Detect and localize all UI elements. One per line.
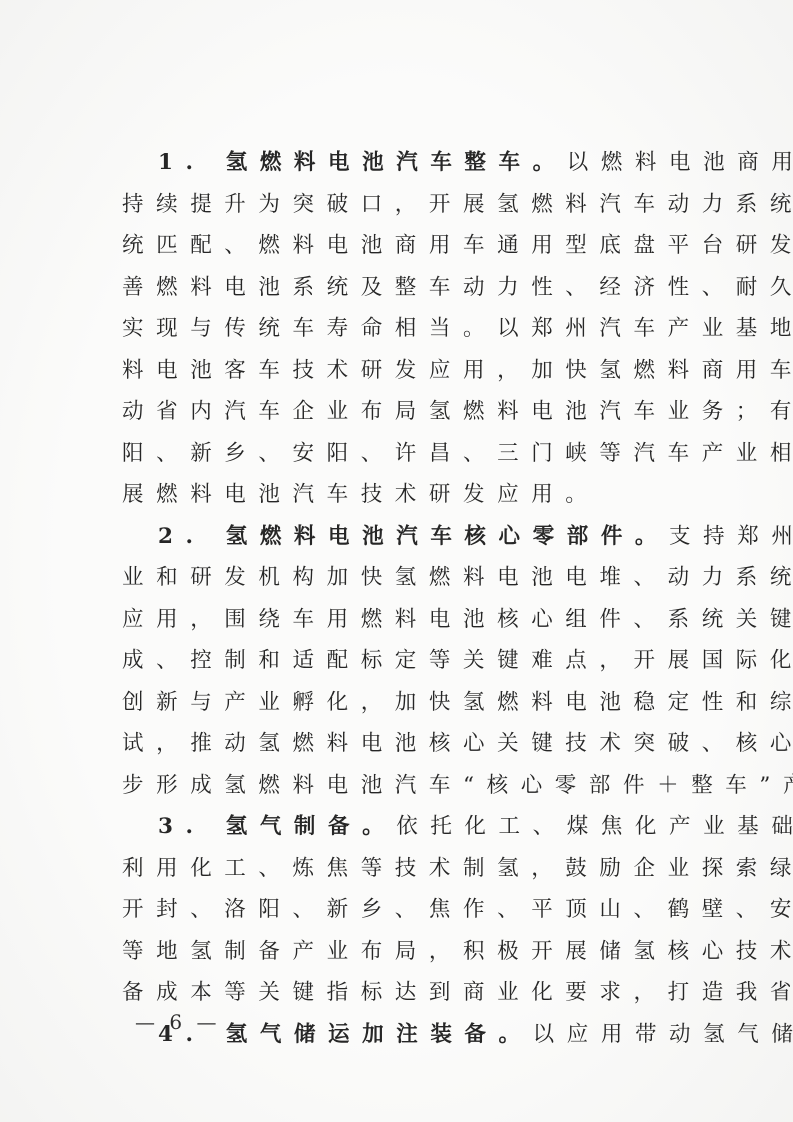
paragraph-1-line-3: 统匹配、燃料电池商用车通用型底盘平台研发与产业化，逐步改: [122, 225, 702, 267]
paragraph-1-line-1: 1. 氢燃料电池汽车整车。以燃料电池商用车动力系统性能: [122, 142, 702, 184]
document-body: 1. 氢燃料电池汽车整车。以燃料电池商用车动力系统性能 持续提升为突破口，开展氢…: [122, 142, 702, 1055]
paragraph-2-text: 支持郑州、新乡等重点企: [669, 524, 793, 549]
paragraph-2-heading: 2. 氢燃料电池汽车核心零部件。: [158, 524, 669, 549]
paragraph-2-line-6: 试，推动氢燃料电池核心关键技术突破、核心零部件产业化，逐: [122, 723, 702, 765]
paragraph-3-line-4: 等地氢制备产业布局，积极开展储氢核心技术攻关，实现氢气制: [122, 931, 702, 973]
paragraph-1-heading: 1. 氢燃料电池汽车整车。: [158, 150, 567, 175]
paragraph-1-line-5: 实现与传统车寿命相当。以郑州汽车产业基地为主体，推动氢燃: [122, 308, 702, 350]
paragraph-2-line-4: 成、控制和适配标定等关键难点，开展国际化、省内外联合技术: [122, 640, 702, 682]
paragraph-1-line-7: 动省内汽车企业布局氢燃料电池汽车业务；有序推动开封、洛: [122, 391, 702, 433]
paragraph-3-line-2: 利用化工、炼焦等技术制氢，鼓励企业探索绿色制氢技术，加快: [122, 848, 702, 890]
paragraph-2-line-5: 创新与产业孵化，加快氢燃料电池稳定性和综合安全性技术测: [122, 682, 702, 724]
paragraph-2-line-3: 应用，围绕车用燃料电池核心组件、系统关键零部件、系统集: [122, 599, 702, 641]
page-number: — 6 —: [135, 1008, 220, 1036]
paragraph-3-line-1: 3. 氢气制备。依托化工、煤焦化产业基础，支持重点企业: [122, 806, 702, 848]
paragraph-1-line-8: 阳、新乡、安阳、许昌、三门峡等汽车产业相对发达地区同步开: [122, 433, 702, 475]
paragraph-2-line-2: 业和研发机构加快氢燃料电池电堆、动力系统、电驱动系统研发: [122, 557, 702, 599]
paragraph-1-line-9: 展燃料电池汽车技术研发应用。: [122, 474, 702, 516]
paragraph-1-line-2: 持续提升为突破口，开展氢燃料汽车动力系统集成、整车动力系: [122, 184, 702, 226]
paragraph-3-line-3: 开封、洛阳、新乡、焦作、平顶山、鹤壁、安阳、驻马店、濮阳: [122, 889, 702, 931]
paragraph-3-text: 依托化工、煤焦化产业基础，支持重点企业: [396, 814, 793, 839]
document-page: 1. 氢燃料电池汽车整车。以燃料电池商用车动力系统性能 持续提升为突破口，开展氢…: [0, 0, 793, 1122]
paragraph-1-text: 以燃料电池商用车动力系统性能: [567, 150, 793, 175]
paragraph-1-line-6: 料电池客车技术研发应用，加快氢燃料商用车研发布局，积极推: [122, 350, 702, 392]
paragraph-4-text: 以应用带动氢气储运加注装备产业: [533, 1022, 793, 1047]
paragraph-1-line-4: 善燃料电池系统及整车动力性、经济性、耐久性、环境适应性，: [122, 267, 702, 309]
paragraph-2-line-1: 2. 氢燃料电池汽车核心零部件。支持郑州、新乡等重点企: [122, 516, 702, 558]
paragraph-2-line-7: 步形成氢燃料电池汽车“核心零部件＋整车”产业链。: [122, 765, 702, 807]
paragraph-3-heading: 3. 氢气制备。: [158, 814, 396, 839]
